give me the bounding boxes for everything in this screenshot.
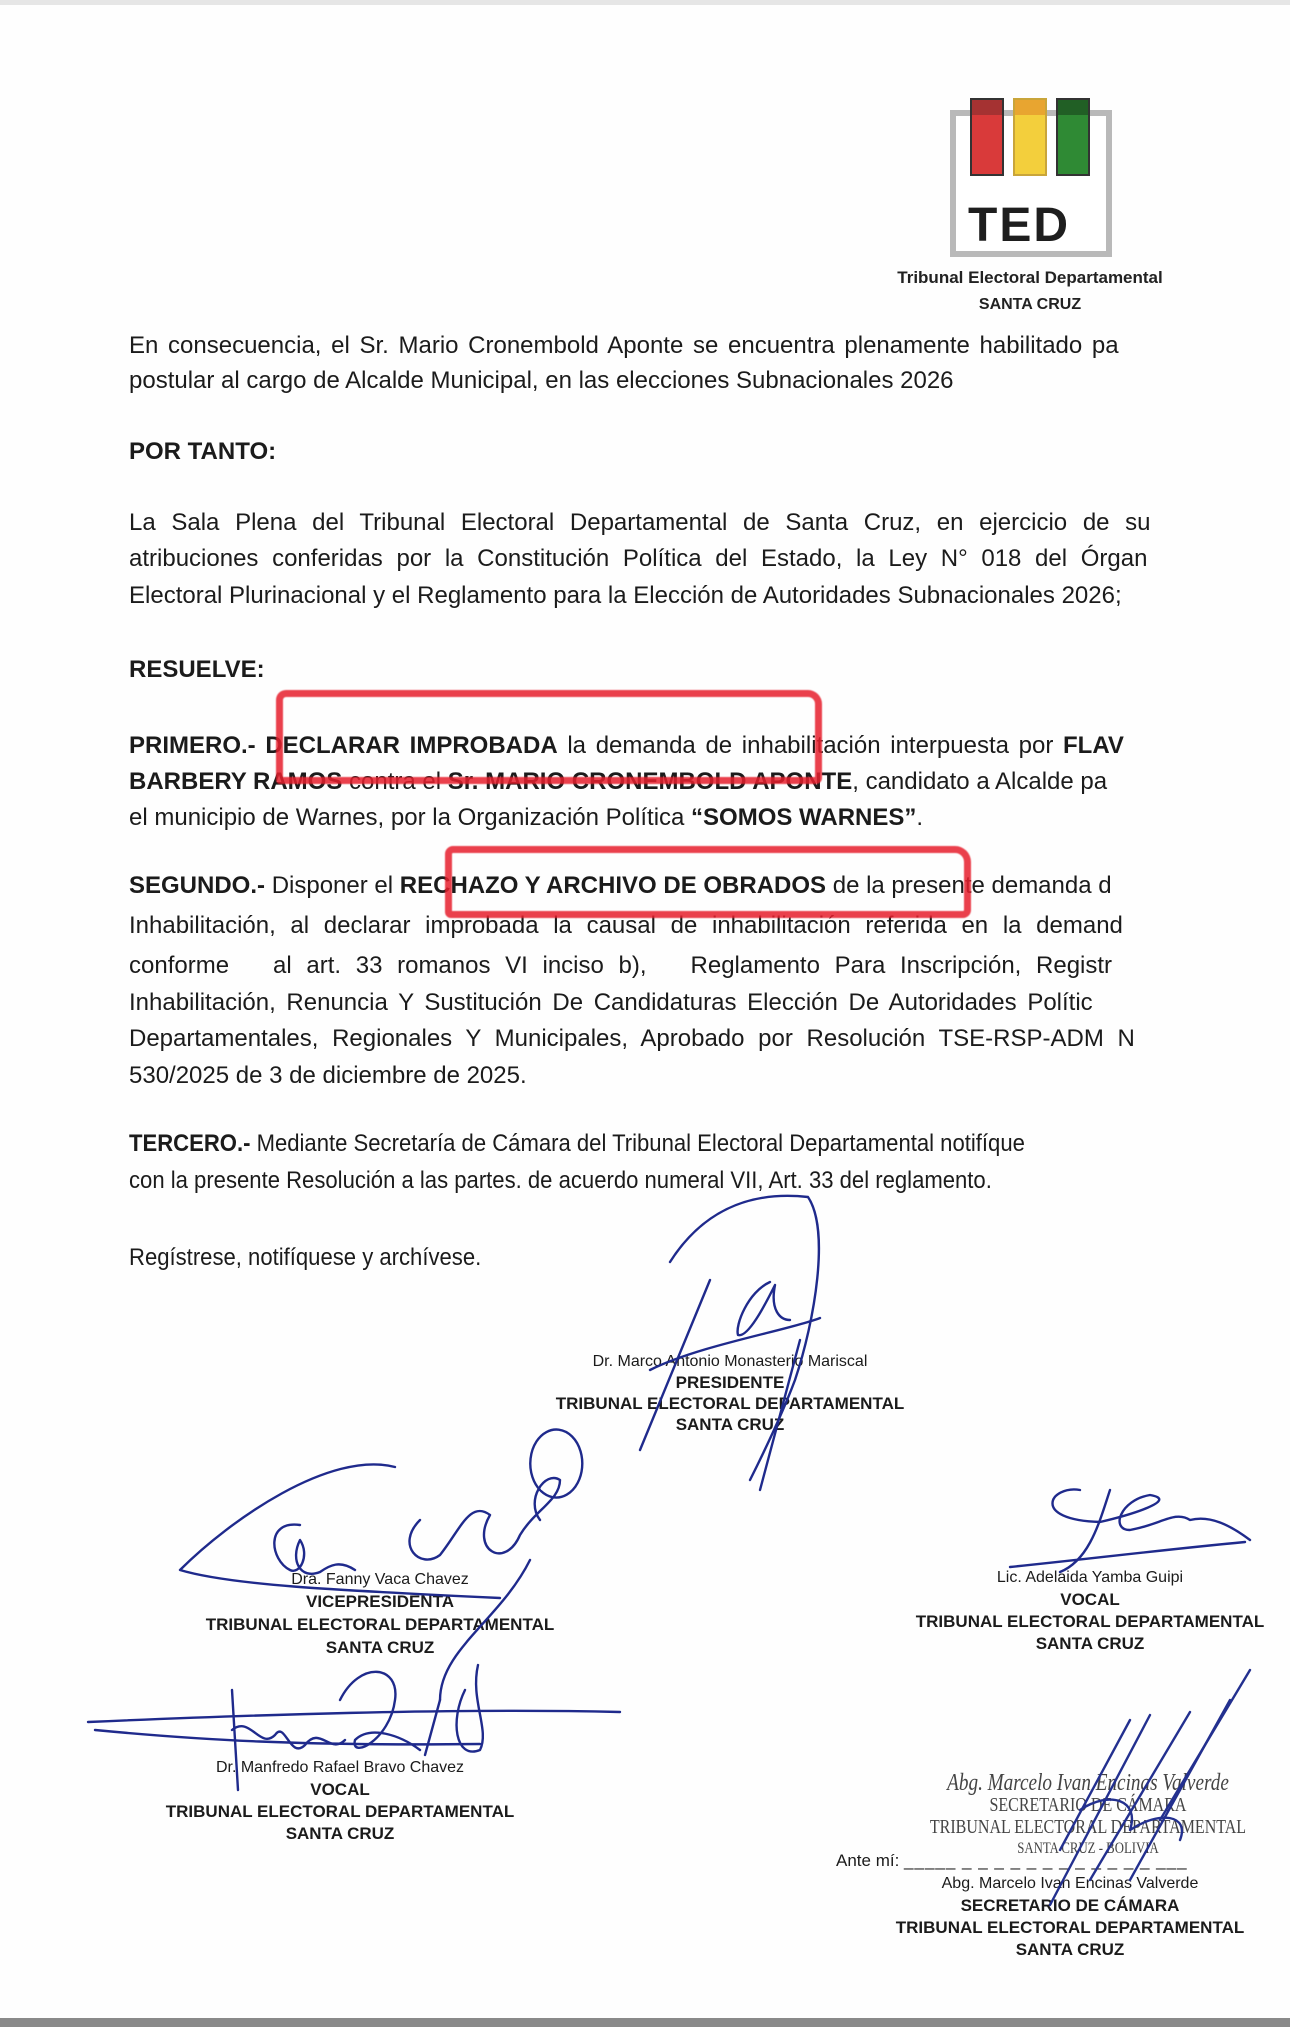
intro-line-1: En consecuencia, el Sr. Mario Cronembold… (129, 334, 1119, 358)
header-institution: Tribunal Electoral Departamental (860, 268, 1200, 288)
primero-line-3: el municipio de Warnes, por la Organizac… (129, 806, 923, 830)
tercero-line-2: con la presente Resolución a las partes.… (129, 1169, 992, 1193)
primero-plaintiff: FLAV (1063, 732, 1124, 759)
signatory-name: Dra. Fanny Vaca Chavez (160, 1569, 600, 1591)
signature-block-vocal-yamba: Lic. Adelaida Yamba Guipi VOCAL TRIBUNAL… (880, 1567, 1290, 1655)
signatory-name: Dr. Marco Antonio Monasterio Mariscal (520, 1351, 940, 1373)
stamp-institution: TRIBUNAL ELECTORAL DEPARTAMENTAL (920, 1816, 1256, 1838)
document-page: TED Tribunal Electoral Departamental SAN… (0, 0, 1290, 2018)
primero-candidate-text: , candidato a Alcalde pa (852, 768, 1107, 795)
signatory-city: SANTA CRUZ (160, 1637, 600, 1659)
stamp-name: Abg. Marcelo Ivan Encinas Valverde (920, 1772, 1256, 1794)
signatory-name: Dr. Manfredo Rafael Bravo Chavez (130, 1757, 550, 1779)
signatory-institution: TRIBUNAL ELECTORAL DEPARTAMENTAL (880, 1611, 1290, 1633)
ante-mi-line: Ante mí: _____ _ _ _ _ _ _ _ _ _ _ _ _ _… (836, 1851, 1188, 1871)
tercero-label: TERCERO.- (129, 1130, 250, 1157)
primero-period: . (916, 804, 923, 831)
signature-vicepresidenta (180, 1429, 582, 1700)
signatory-institution: TRIBUNAL ELECTORAL DEPARTAMENTAL (520, 1393, 940, 1415)
ante-mi-label: Ante mí: (836, 1851, 899, 1870)
signatory-city: SANTA CRUZ (130, 1823, 550, 1845)
highlight-rechazo-archivo (445, 846, 971, 918)
por-tanto-heading: POR TANTO: (129, 440, 276, 464)
signature-block-vicepresidenta: Dra. Fanny Vaca Chavez VICEPRESIDENTA TR… (160, 1569, 600, 1659)
signatory-institution: TRIBUNAL ELECTORAL DEPARTAMENTAL (130, 1801, 550, 1823)
stamp-role: SECRETARIO DE CÁMARA (920, 1794, 1256, 1816)
signatory-role: SECRETARIO DE CÁMARA (870, 1895, 1270, 1917)
signatory-role: VOCAL (130, 1779, 550, 1801)
ted-logo: TED (950, 98, 1114, 258)
scan-edge-bottom (0, 2018, 1290, 2027)
segundo-line-4: Inhabilitación, Renuncia Y Sustitución D… (129, 991, 1093, 1015)
primero-label: PRIMERO.- (129, 732, 256, 759)
signature-presidente (640, 1196, 820, 1490)
signatory-role: PRESIDENTE (520, 1373, 940, 1393)
primero-municipio: el municipio de Warnes, por la Organizac… (129, 804, 684, 831)
party-name: “SOMOS WARNES” (691, 804, 916, 831)
intro-line-2: postular al cargo de Alcalde Municipal, … (129, 369, 954, 393)
resuelve-heading: RESUELVE: (129, 658, 265, 682)
por-tanto-line-3: Electoral Plurinacional y el Reglamento … (129, 584, 1122, 608)
segundo-line-6: 530/2025 de 3 de diciembre de 2025. (129, 1064, 527, 1088)
scan-edge (0, 0, 1290, 5)
signature-block-presidente: Dr. Marco Antonio Monasterio Mariscal PR… (520, 1351, 940, 1435)
signature-block-vocal-bravo: Dr. Manfredo Rafael Bravo Chavez VOCAL T… (130, 1757, 550, 1845)
logo-green-bar (1056, 98, 1090, 176)
signatory-role: VICEPRESIDENTA (160, 1591, 600, 1613)
signature-yamba (1010, 1490, 1250, 1572)
signatory-city: SANTA CRUZ (520, 1415, 940, 1435)
logo-text: TED (968, 198, 1070, 253)
logo-yellow-bar (1013, 98, 1047, 176)
tercero-line-1: TERCERO.- Mediante Secretaría de Cámara … (129, 1132, 1025, 1156)
closing-formula: Regístrese, notifíquese y archívese. (129, 1246, 481, 1270)
segundo-line-5: Departamentales, Regionales Y Municipale… (129, 1027, 1135, 1051)
segundo-pre: Disponer el (272, 872, 393, 899)
segundo-label: SEGUNDO.- (129, 872, 265, 899)
secretary-stamp: Abg. Marcelo Ivan Encinas Valverde SECRE… (920, 1772, 1256, 1860)
signature-block-secretario: Abg. Marcelo Ivan Encinas Valverde SECRE… (870, 1873, 1270, 1961)
tercero-text: Mediante Secretaría de Cámara del Tribun… (257, 1130, 1025, 1157)
signatory-city: SANTA CRUZ (880, 1633, 1290, 1655)
signatory-institution: TRIBUNAL ELECTORAL DEPARTAMENTAL (870, 1917, 1270, 1939)
signatory-institution: TRIBUNAL ELECTORAL DEPARTAMENTAL (160, 1613, 600, 1637)
header-city: SANTA CRUZ (860, 296, 1200, 314)
logo-red-bar (970, 98, 1004, 176)
signatory-name: Abg. Marcelo Ivan Encinas Valverde (870, 1873, 1270, 1895)
signatory-name: Lic. Adelaida Yamba Guipi (880, 1567, 1290, 1589)
por-tanto-line-2: atribuciones conferidas por la Constituc… (129, 547, 1147, 571)
highlight-declarar-improbada (276, 690, 822, 784)
ante-mi-signature-line: _____ _ _ _ _ _ _ _ _ _ _ _ _ ___ (904, 1851, 1188, 1870)
signatory-role: VOCAL (880, 1589, 1290, 1611)
segundo-line-3: conforme al art. 33 romanos VI inciso b)… (129, 954, 1112, 978)
signatory-city: SANTA CRUZ (870, 1939, 1270, 1961)
por-tanto-line-1: La Sala Plena del Tribunal Electoral Dep… (129, 511, 1151, 535)
